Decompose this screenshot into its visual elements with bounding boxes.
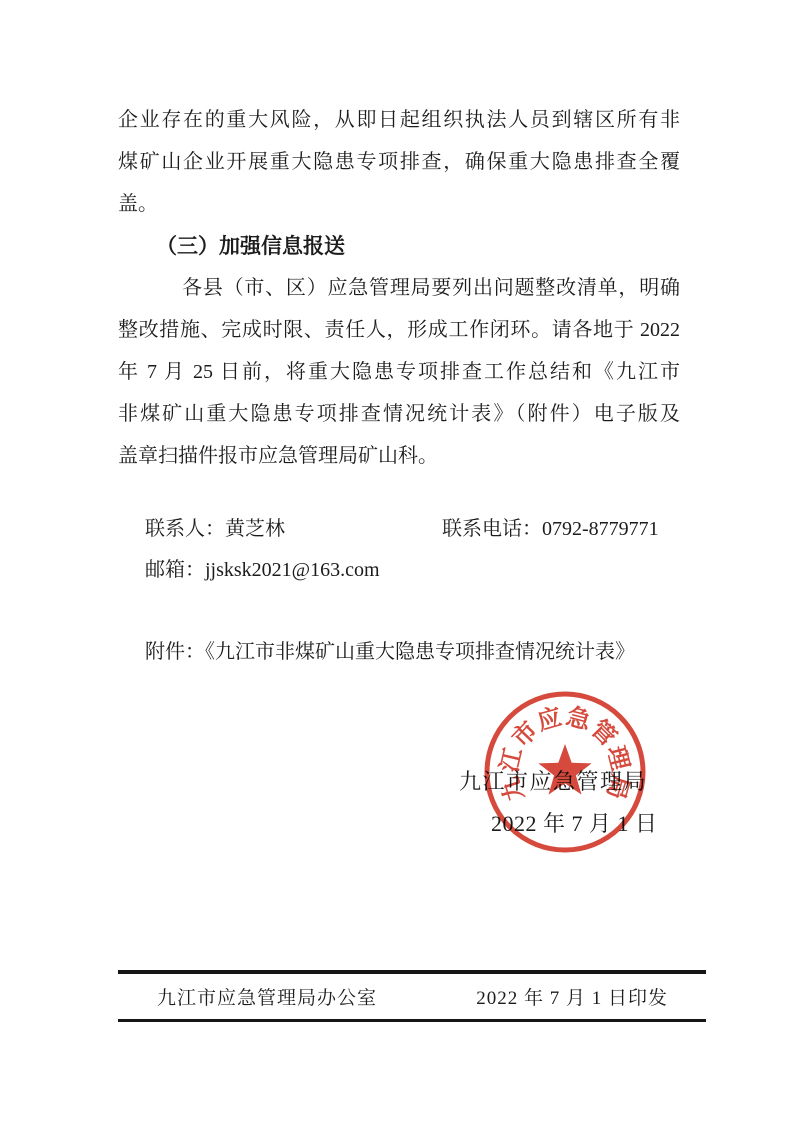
- official-seal-stamp: 九江市应急管理局: [480, 687, 650, 857]
- contact-phone-label: 联系电话：: [442, 518, 542, 540]
- body-line: 企业存在的重大风险，从即日起组织执法人员到辖区所有非: [118, 99, 680, 141]
- body-line: 盖。: [118, 183, 680, 225]
- footer-issuing-office: 九江市应急管理局办公室: [157, 983, 377, 1010]
- attachment-line: 附件：《九江市非煤矿山重大隐患专项排查情况统计表》: [145, 641, 635, 664]
- body-line: 煤矿山企业开展重大隐患专项排查，确保重大隐患排查全覆: [118, 141, 680, 183]
- colophon-footer: 九江市应急管理局办公室 2022 年 7 月 1 日印发: [118, 970, 706, 1022]
- contact-person-label: 联系人：: [145, 518, 225, 540]
- document-page: 企业存在的重大风险，从即日起组织执法人员到辖区所有非 煤矿山企业开展重大隐患专项…: [0, 0, 794, 1123]
- contact-phone-line: 联系电话：0792-8779771: [442, 518, 659, 541]
- document-body: 企业存在的重大风险，从即日起组织执法人员到辖区所有非 煤矿山企业开展重大隐患专项…: [118, 99, 680, 477]
- body-line: 盖章扫描件报市应急管理局矿山科。: [118, 435, 680, 477]
- contact-phone-number: 0792-8779771: [542, 518, 659, 540]
- section-heading: （三）加强信息报送: [118, 225, 680, 267]
- contact-email-line: 邮箱：jjsksk2021@163.com: [145, 559, 380, 582]
- body-line: 非煤矿山重大隐患专项排查情况统计表》（附件）电子版及: [118, 393, 680, 435]
- contact-person-name: 黄芝林: [225, 518, 285, 540]
- body-line: 年 7 月 25 日前，将重大隐患专项排查工作总结和《九江市: [118, 351, 680, 393]
- contact-email-label: 邮箱：: [145, 559, 205, 581]
- body-line: 各县（市、区）应急管理局要列出问题整改清单，明确: [118, 267, 680, 309]
- contact-email-address: jjsksk2021@163.com: [205, 559, 380, 581]
- contact-person-line: 联系人：黄芝林: [145, 518, 285, 541]
- seal-star-icon: [538, 744, 591, 795]
- body-line: 整改措施、完成时限、责任人，形成工作闭环。请各地于 2022: [118, 309, 680, 351]
- footer-print-date: 2022 年 7 月 1 日印发: [476, 983, 668, 1010]
